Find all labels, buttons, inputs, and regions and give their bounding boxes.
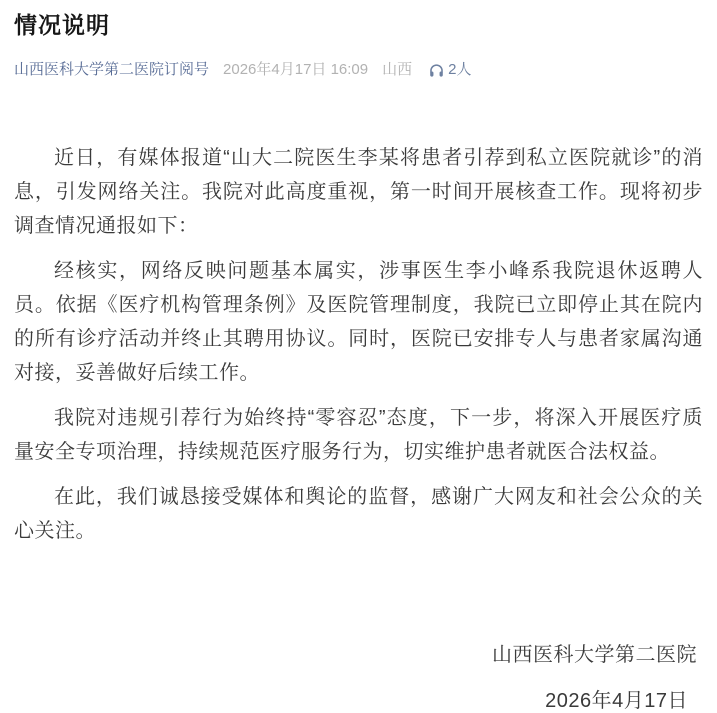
listen-audio-control[interactable]: 2人 (428, 60, 471, 80)
listen-count: 2人 (448, 60, 471, 80)
publish-location: 山西 (382, 60, 412, 80)
page-title: 情况说明 (14, 10, 703, 40)
article-body: 近日，有媒体报道“山大二院医生李某将患者引荐到私立医院就诊”的消息，引发网络关注… (14, 141, 703, 548)
account-name-link[interactable]: 山西医科大学第二医院订阅号 (14, 60, 209, 80)
signature-block: 山西医科大学第二医院 2026年4月17日 (14, 642, 703, 713)
signature-date: 2026年4月17日 (14, 688, 697, 713)
headset-icon (428, 62, 445, 79)
paragraph: 我院对违规引荐行为始终持“零容忍”态度，下一步，将深入开展医疗质量安全专项治理，… (14, 401, 703, 469)
publish-date: 2026年4月17日 16:09 (223, 60, 368, 80)
paragraph: 经核实，网络反映问题基本属实，涉事医生李小峰系我院退休返聘人员。依据《医疗机构管… (14, 254, 703, 390)
signature-name: 山西医科大学第二医院 (14, 642, 697, 668)
paragraph: 近日，有媒体报道“山大二院医生李某将患者引荐到私立医院就诊”的消息，引发网络关注… (14, 141, 703, 243)
article-page: 情况说明 山西医科大学第二医院订阅号 2026年4月17日 16:09 山西 2… (0, 0, 717, 713)
article-meta: 山西医科大学第二医院订阅号 2026年4月17日 16:09 山西 2人 (14, 60, 703, 80)
paragraph: 在此，我们诚恳接受媒体和舆论的监督，感谢广大网友和社会公众的关心关注。 (14, 480, 703, 548)
